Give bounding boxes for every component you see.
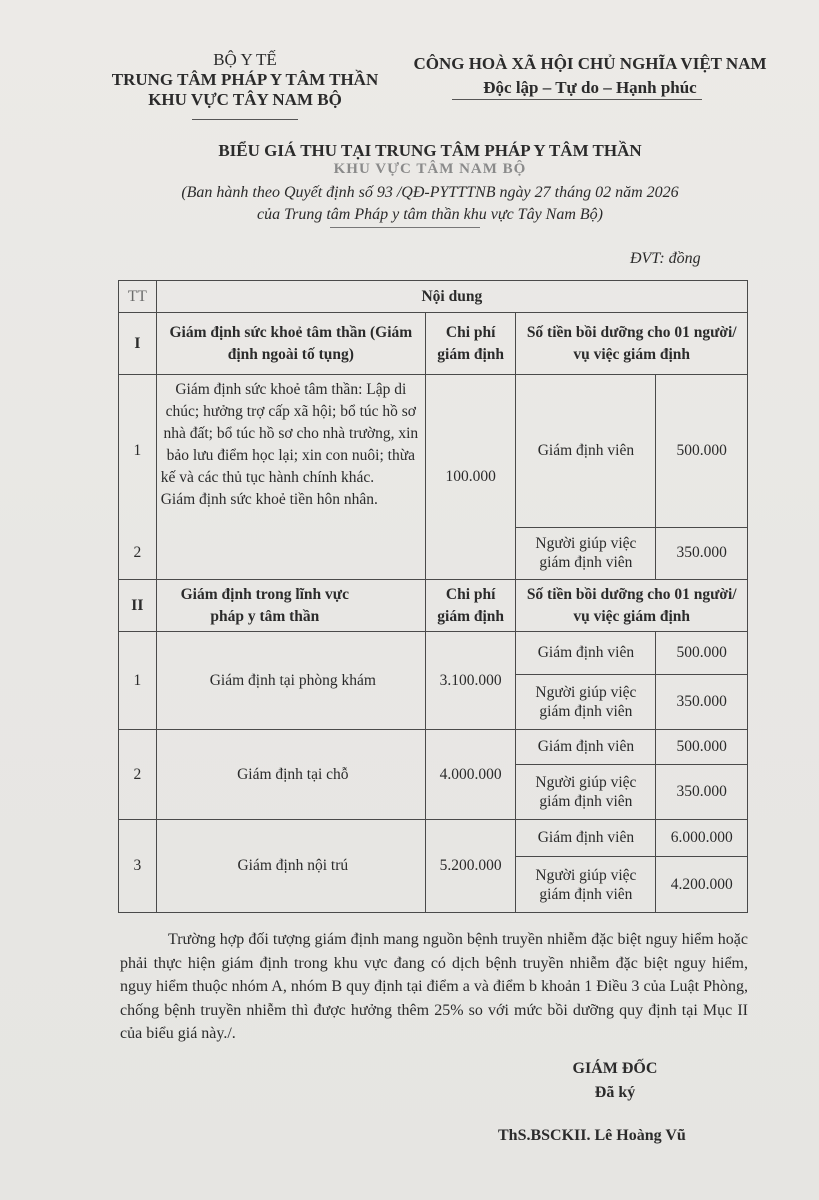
note-text: Trường hợp đối tượng giám định mang nguồ… <box>120 928 748 1046</box>
nation-name: CÔNG HOÀ XÃ HỘI CHỦ NGHĨA VIỆT NAM <box>390 52 790 76</box>
fee-role: Người giúp việc giám định viên <box>516 527 656 579</box>
section-2-item-1-content: Giám định tại phòng khám <box>156 632 425 730</box>
section-1-content-cell: Giám định sức khoẻ tâm thần: Lập di chúc… <box>156 375 425 580</box>
fee-table: TT Nội dung I Giám định sức khoẻ tâm thầ… <box>118 280 748 913</box>
section-2-item-2-content: Giám định tại chỗ <box>156 730 425 820</box>
signature-status: Đã ký <box>560 1081 670 1105</box>
header-content: Nội dung <box>156 281 747 313</box>
section-1-item-1-tt: 1 <box>119 375 156 527</box>
fee-amount: 350.000 <box>656 527 748 579</box>
motto-underline <box>452 99 702 100</box>
section-1-cost: 100.000 <box>425 375 515 580</box>
agency-divider <box>192 119 298 120</box>
decree-line1: (Ban hành theo Quyết định số 93 /QĐ-PYTT… <box>110 182 750 204</box>
table-row: 1 2 Giám định sức khoẻ tâm thần: Lập di … <box>119 375 748 528</box>
section-2-item-1-tt: 1 <box>119 632 157 730</box>
ministry-name: BỘ Y TẾ <box>80 50 410 70</box>
section-2-title: Giám định trong lĩnh vực pháp y tâm thần <box>156 580 425 632</box>
decree-reference: (Ban hành theo Quyết định số 93 /QĐ-PYTT… <box>110 182 750 226</box>
section-1-number: I <box>119 313 157 375</box>
fee-amount: 4.200.000 <box>656 857 748 913</box>
issuing-agency-header: BỘ Y TẾ TRUNG TÂM PHÁP Y TÂM THẦN KHU VỰ… <box>80 50 410 110</box>
decree-line2: của Trung tâm Pháp y tâm thần khu vực Tâ… <box>110 204 750 226</box>
fee-role: Giám định viên <box>516 730 656 765</box>
fee-amount: 350.000 <box>656 675 748 730</box>
fee-amount: 500.000 <box>656 632 748 675</box>
table-row: 2 Giám định tại chỗ 4.000.000 Giám định … <box>119 730 748 765</box>
org-name-line1: TRUNG TÂM PHÁP Y TÂM THẦN <box>80 70 410 90</box>
decree-divider <box>330 227 480 228</box>
fee-role: Giám định viên <box>516 375 656 528</box>
section-1-header-row: I Giám định sức khoẻ tâm thần (Giám định… <box>119 313 748 375</box>
fee-role: Giám định viên <box>516 632 656 675</box>
document-title: BIỂU GIÁ THU TẠI TRUNG TÂM PHÁP Y TÂM TH… <box>130 140 730 162</box>
table-header-row: TT Nội dung <box>119 281 748 313</box>
fee-amount: 350.000 <box>656 765 748 820</box>
section-2-header-row: II Giám định trong lĩnh vực pháp y tâm t… <box>119 580 748 632</box>
section-2-item-3-cost: 5.200.000 <box>425 820 515 913</box>
section-1-item-2-content: Giám định sức khoẻ tiền hôn nhân. <box>161 489 421 511</box>
section-2-item-1-cost: 3.100.000 <box>425 632 515 730</box>
section-1-fee-header: Số tiền bồi dưỡng cho 01 người/ vụ việc … <box>516 313 748 375</box>
fee-role: Người giúp việc giám định viên <box>516 765 656 820</box>
fee-amount: 6.000.000 <box>656 820 748 857</box>
section-2-cost-header: Chi phí giám định <box>425 580 515 632</box>
national-motto: Độc lập – Tự do – Hạnh phúc <box>390 76 790 100</box>
unit-label: ĐVT: đồng <box>630 250 701 268</box>
section-2-item-3-content: Giám định nội trú <box>156 820 425 913</box>
table-row: 1 Giám định tại phòng khám 3.100.000 Giá… <box>119 632 748 675</box>
section-2-item-3-tt: 3 <box>119 820 157 913</box>
fee-role: Người giúp việc giám định viên <box>516 857 656 913</box>
section-1-item-1-content: Giám định sức khoẻ tâm thần: Lập di chúc… <box>161 379 421 489</box>
document-subtitle-faded: KHU VỰC TÂM NAM BỘ <box>130 161 730 178</box>
header-tt: TT <box>119 281 157 313</box>
section-2-fee-header: Số tiền bồi dưỡng cho 01 người/ vụ việc … <box>516 580 748 632</box>
signer-position: GIÁM ĐỐC <box>560 1057 670 1081</box>
section-2-item-2-cost: 4.000.000 <box>425 730 515 820</box>
fee-amount: 500.000 <box>656 730 748 765</box>
note-paragraph: Trường hợp đối tượng giám định mang nguồ… <box>120 928 748 1046</box>
document-page: BỘ Y TẾ TRUNG TÂM PHÁP Y TÂM THẦN KHU VỰ… <box>0 0 819 1200</box>
section-1-tt-cell: 1 2 <box>119 375 157 580</box>
signature-block: GIÁM ĐỐC Đã ký <box>560 1057 670 1105</box>
national-header: CÔNG HOÀ XÃ HỘI CHỦ NGHĨA VIỆT NAM Độc l… <box>390 52 790 100</box>
section-1-item-2-tt: 2 <box>119 527 156 579</box>
section-2-number: II <box>119 580 157 632</box>
org-name-line2: KHU VỰC TÂY NAM BỘ <box>80 90 410 110</box>
fee-amount: 500.000 <box>656 375 748 528</box>
signer-name: ThS.BSCKII. Lê Hoàng Vũ <box>498 1127 686 1145</box>
section-1-title: Giám định sức khoẻ tâm thần (Giám định n… <box>156 313 425 375</box>
fee-role: Người giúp việc giám định viên <box>516 675 656 730</box>
section-1-cost-header: Chi phí giám định <box>425 313 515 375</box>
section-2-item-2-tt: 2 <box>119 730 157 820</box>
table-row: 3 Giám định nội trú 5.200.000 Giám định … <box>119 820 748 857</box>
fee-role: Giám định viên <box>516 820 656 857</box>
